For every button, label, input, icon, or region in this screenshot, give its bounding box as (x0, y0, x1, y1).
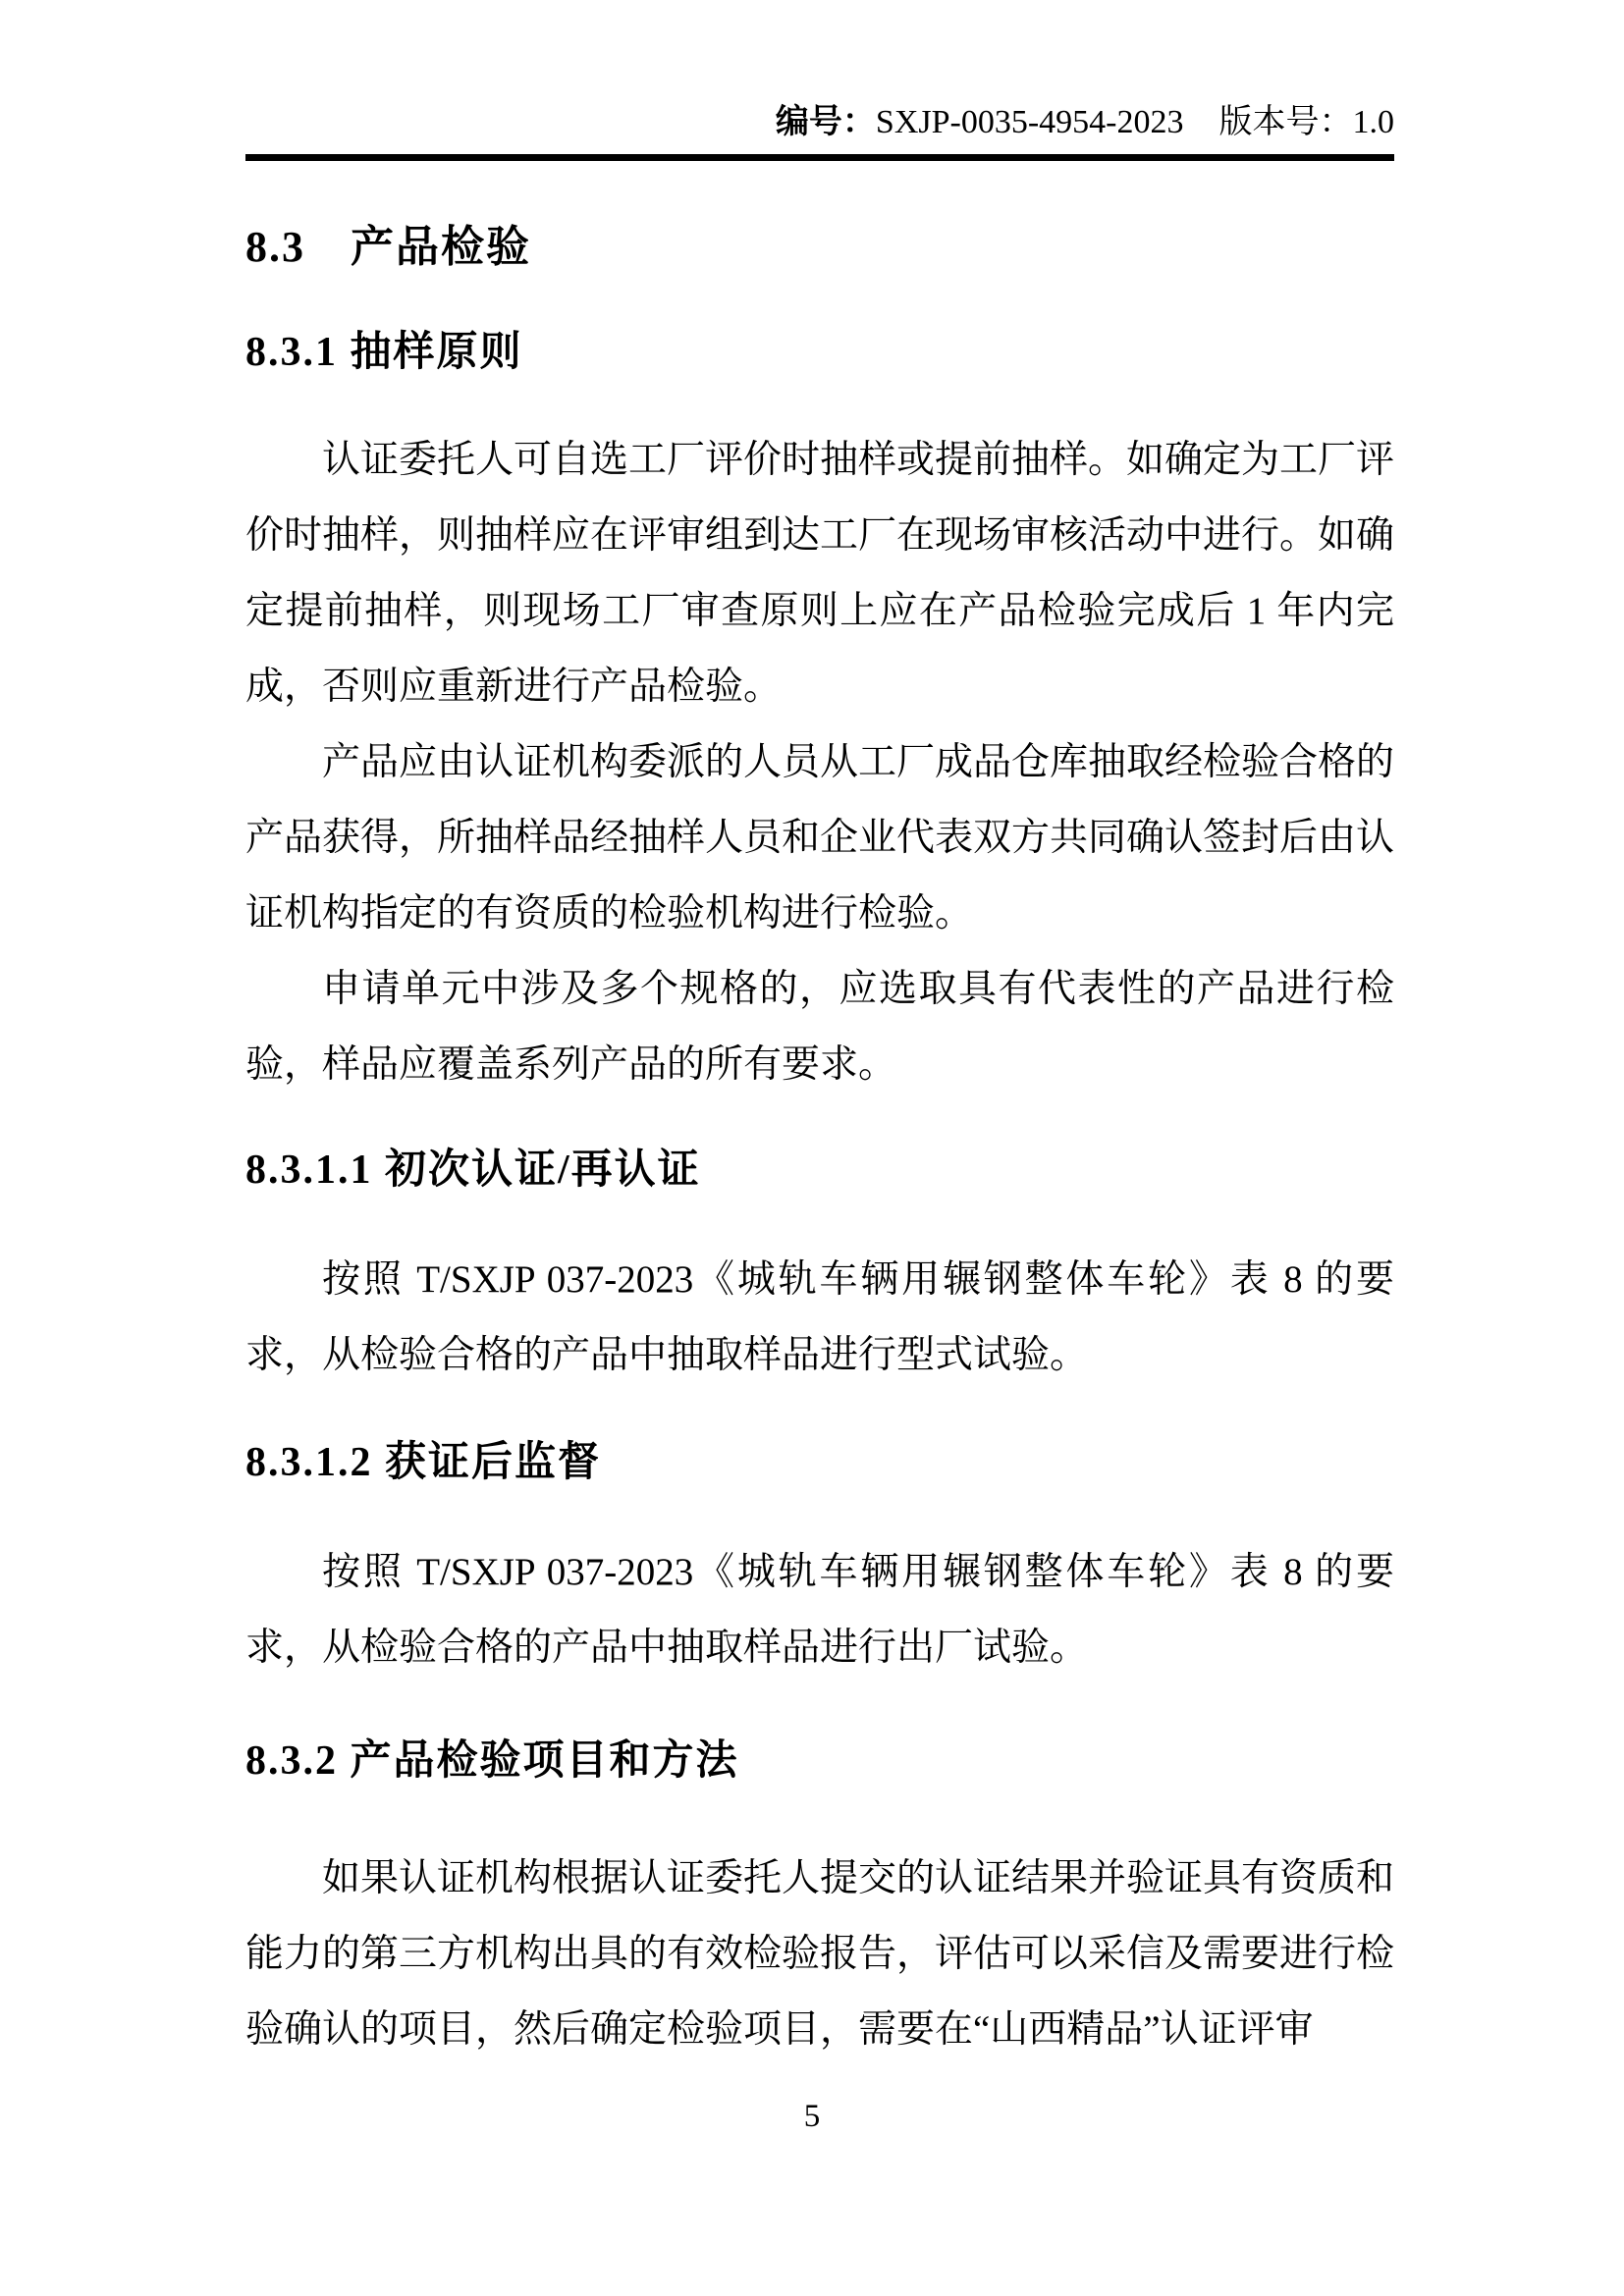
paragraph-initial-cert: 按照 T/SXJP 037-2023《城轨车辆用辗钢整体车轮》表 8 的要求，从… (245, 1242, 1394, 1393)
doc-number-label: 编号： (776, 104, 876, 140)
section-inspection-items: 如果认证机构根据认证委托人提交的认证结果并验证具有资质和能力的第三方机构出具的有… (245, 1841, 1394, 2067)
version-label: 版本号： (1219, 104, 1353, 140)
page-header: 编号：SXJP-0035-4954-2023版本号：1.0 (245, 101, 1394, 144)
paragraph-sampling-2: 产品应由认证机构委派的人员从工厂成品仓库抽取经检验合格的产品获得，所抽样品经抽样… (245, 724, 1394, 951)
paragraph-inspection-items: 如果认证机构根据认证委托人提交的认证结果并验证具有资质和能力的第三方机构出具的有… (245, 1841, 1394, 2067)
header-rule-divider (245, 154, 1394, 161)
heading-8-3-1-1: 8.3.1.1 初次认证/再认证 (245, 1149, 1394, 1191)
doc-number-value: SXJP-0035-4954-2023 (876, 104, 1184, 140)
section-post-certification: 按照 T/SXJP 037-2023《城轨车辆用辗钢整体车轮》表 8 的要求，从… (245, 1534, 1394, 1685)
heading-8-3-1-2: 8.3.1.2 获证后监督 (245, 1442, 1394, 1483)
paragraph-sampling-1: 认证委托人可自选工厂评价时抽样或提前抽样。如确定为工厂评价时抽样，则抽样应在评审… (245, 422, 1394, 724)
section-sampling-principles: 认证委托人可自选工厂评价时抽样或提前抽样。如确定为工厂评价时抽样，则抽样应在评审… (245, 422, 1394, 1102)
heading-8-3-1: 8.3.1 抽样原则 (245, 332, 1394, 373)
heading-8-3: 8.3 产品检验 (245, 226, 1394, 269)
section-initial-certification: 按照 T/SXJP 037-2023《城轨车辆用辗钢整体车轮》表 8 的要求，从… (245, 1242, 1394, 1393)
document-page: 编号：SXJP-0035-4954-2023版本号：1.0 8.3 产品检验 8… (0, 0, 1624, 2296)
paragraph-sampling-3: 申请单元中涉及多个规格的，应选取具有代表性的产品进行检验，样品应覆盖系列产品的所… (245, 951, 1394, 1102)
version-value: 1.0 (1353, 104, 1395, 140)
page-number: 5 (0, 2099, 1624, 2134)
paragraph-post-cert: 按照 T/SXJP 037-2023《城轨车辆用辗钢整体车轮》表 8 的要求，从… (245, 1534, 1394, 1685)
heading-8-3-2: 8.3.2 产品检验项目和方法 (245, 1740, 1394, 1782)
